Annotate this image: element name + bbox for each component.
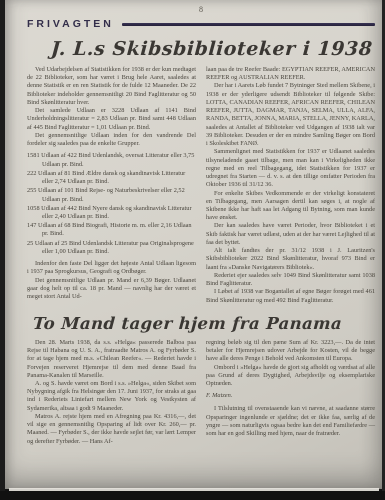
article2-paragraph: Ombord i »Helga« havde de gjort sig afho… — [206, 364, 375, 389]
article2-paragraph: Den 28. Marts 1938, da s.s. »Helga« pass… — [27, 339, 196, 380]
article1-paragraph: Der har i Aarets Løb fundet 7 Bytninger … — [206, 82, 375, 148]
article2-paragraph: A. og S. havde været om Bord i s.s. »Hel… — [27, 380, 196, 413]
masthead-row: FRIVAGTEN — [27, 17, 375, 31]
article1-title: J. L.s Skibsbiblioteker i 1938 — [50, 38, 376, 60]
article2-title: To Mand tager hjem fra Panama — [32, 314, 375, 333]
article1-paragraph: laan paa de tre Reefer Baade: EGYPTIAN R… — [206, 66, 375, 82]
photo-edge-bottom — [0, 491, 385, 500]
page-content: 8 FRIVAGTEN J. L.s Skibsbiblioteker i 19… — [27, 5, 375, 446]
stat-list-item: 255 Udlaan af 101 Bind Rejse- og Naturbe… — [27, 187, 196, 203]
loan-statistics-list: 1581 Udlaan af 422 Bind Udenlandsk, over… — [27, 152, 196, 256]
stat-list-item: 25 Udlaan af 25 Bind Udenlandsk Litterat… — [27, 240, 196, 256]
photo-edge-left — [0, 0, 5, 500]
article2-columns: Den 28. Marts 1938, da s.s. »Helga« pass… — [27, 339, 375, 446]
article1-right-column: laan paa de tre Reefer Baade: EGYPTIAN R… — [206, 66, 375, 305]
article2-paragraph: Matros A. rejste hjem med en Afregning p… — [27, 413, 196, 446]
article1-paragraph: Indenfor den faste Del ligger det højest… — [27, 260, 196, 276]
stat-list-item: 1058 Udlaan af 442 Bind Nyere dansk og s… — [27, 205, 196, 221]
page-number: 8 — [27, 5, 375, 16]
masthead-rule — [122, 23, 375, 26]
article1-paragraph: I Løbet af 1938 var Bogantallet af egne … — [206, 288, 375, 304]
article1-paragraph: Ved Udarbejdelsen af Statistikken for 19… — [27, 66, 196, 107]
scanned-page-photo: 8 FRIVAGTEN J. L.s Skibsbiblioteker i 19… — [0, 0, 385, 500]
article1-paragraph: Det samlede Udlaan er 3228 Udlaan af 114… — [27, 107, 196, 132]
stat-list-item: 222 Udlaan af 81 Bind Ældre dansk og ska… — [27, 170, 196, 186]
stat-list-item: 1581 Udlaan af 422 Bind Udenlandsk, over… — [27, 152, 196, 168]
stat-list-item: 147 Udlaan af 68 Bind Biografi, Historie… — [27, 222, 196, 238]
article2-right-column: regning beløb sig til den pæne Sum af Kr… — [206, 339, 375, 446]
article1-paragraph: Der kan saaledes have været Perioder, hv… — [206, 222, 375, 247]
article1-paragraph: Rederiet ejer saaledes selv 1049 Bind Sk… — [206, 272, 375, 288]
article1-left-column: Ved Udarbejdelsen af Statistikken for 19… — [27, 66, 196, 305]
article1-columns: Ved Udarbejdelsen af Statistikken for 19… — [27, 66, 375, 305]
masthead-title: FRIVAGTEN — [27, 18, 114, 30]
article2-postscript: I Tilslutning til ovenstaaende kan vi næ… — [206, 405, 375, 438]
article1-paragraph: Det gennemsnitlige Udlaan pr. Mand er 6,… — [27, 277, 196, 302]
article1-paragraph: Sammenlignet med Statistikken for 1937 e… — [206, 148, 375, 189]
article1-paragraph: Det gennemsnitlige Udlaan inden for den … — [27, 132, 196, 148]
article1-paragraph: Alt ialt fandtes der pr. 31/12 1938 i J.… — [206, 247, 375, 272]
article2-paragraph: regning beløb sig til den pæne Sum af Kr… — [206, 339, 375, 364]
article1-paragraph: For enkelte Skibes Vedkommende er der vi… — [206, 190, 375, 223]
article2-left-column: Den 28. Marts 1938, da s.s. »Helga« pass… — [27, 339, 196, 446]
author-signature: F. Matzen. — [206, 392, 375, 400]
